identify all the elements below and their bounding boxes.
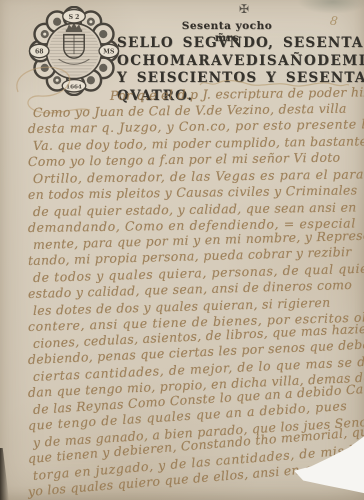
manuscript-body: Por q.e el d.p J. escriptura de poder hi…	[28, 88, 354, 500]
printed-header-line: SELLO SEGVNDO, SESENTA Y	[117, 35, 364, 53]
cross-ornament: ✠	[239, 2, 249, 16]
corner-smudge	[286, 0, 364, 18]
seal-left-label: 68	[35, 49, 44, 56]
seal-top-label: S 2	[69, 14, 80, 21]
scanned-document: 8	[0, 0, 364, 500]
seal-right-label: MS	[103, 49, 115, 56]
printed-header-line: OCHOMARAVEDISAÑODEMIL	[117, 53, 364, 71]
